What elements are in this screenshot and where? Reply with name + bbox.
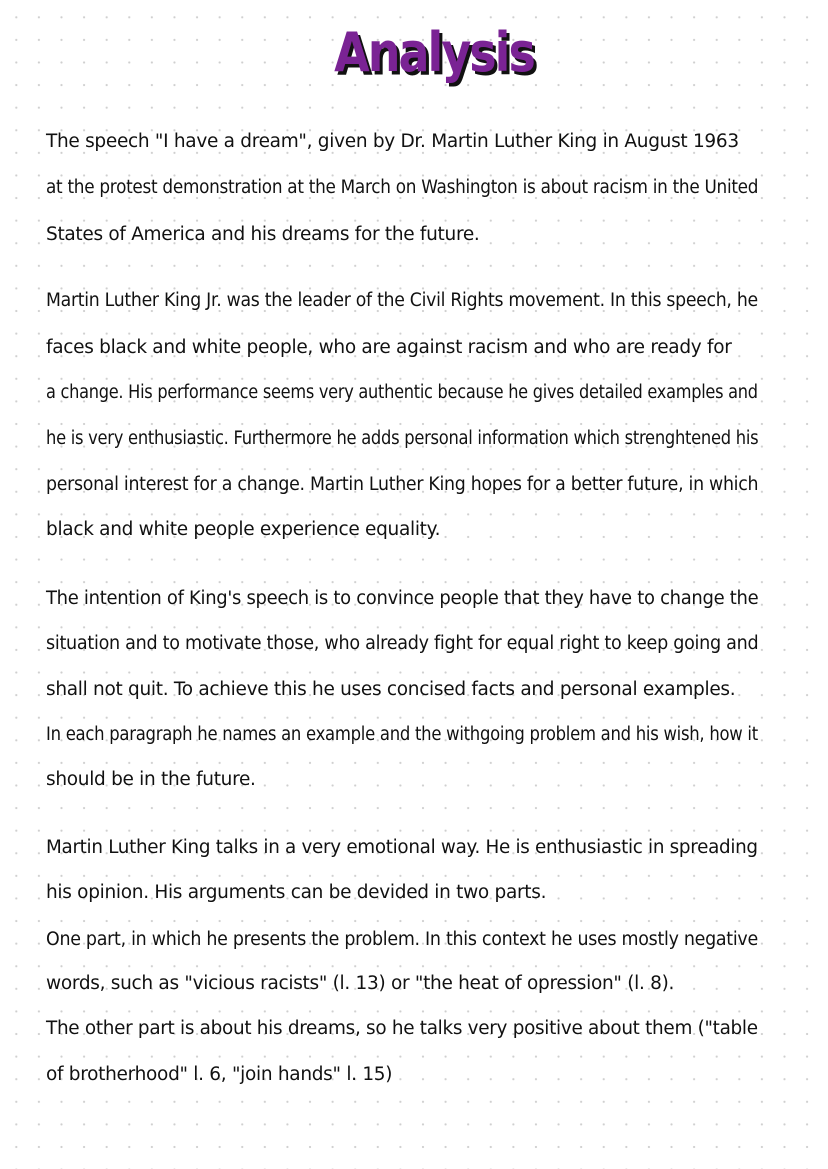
- text-line: situation and to motivate those, who alr…: [46, 631, 758, 657]
- text-line: The intention of King's speech is to con…: [46, 586, 758, 612]
- text-line: Martin Luther King talks in a very emoti…: [46, 835, 758, 861]
- text-line: The speech "I have a dream", given by Dr…: [46, 129, 739, 155]
- page-title-text: Analysis: [334, 20, 534, 84]
- text-line: The other part is about his dreams, so h…: [46, 1016, 758, 1042]
- text-line: shall not quit. To achieve this he uses …: [46, 677, 735, 703]
- text-line: a change. His performance seems very aut…: [46, 380, 758, 406]
- text-line: at the protest demonstration at the Marc…: [46, 175, 758, 201]
- text-line: words, such as "vicious racists" (l. 13)…: [46, 971, 674, 997]
- note-page: Analysis The speech "I have a dream", gi…: [0, 0, 828, 1169]
- text-line: States of America and his dreams for the…: [46, 222, 480, 248]
- text-line: he is very enthusiastic. Furthermore he …: [46, 426, 758, 452]
- text-line: should be in the future.: [46, 767, 256, 793]
- text-line: his opinion. His arguments can be devide…: [46, 880, 546, 906]
- text-line: In each paragraph he names an example an…: [46, 722, 758, 748]
- text-line: faces black and white people, who are ag…: [46, 335, 732, 361]
- text-line: Martin Luther King Jr. was the leader of…: [46, 288, 758, 314]
- text-line: personal interest for a change. Martin L…: [46, 472, 758, 498]
- text-line: black and white people experience equali…: [46, 517, 440, 543]
- text-line: of brotherhood" l. 6, "join hands" l. 15…: [46, 1062, 392, 1088]
- text-line: One part, in which he presents the probl…: [46, 927, 758, 953]
- page-title: Analysis: [20, 17, 828, 88]
